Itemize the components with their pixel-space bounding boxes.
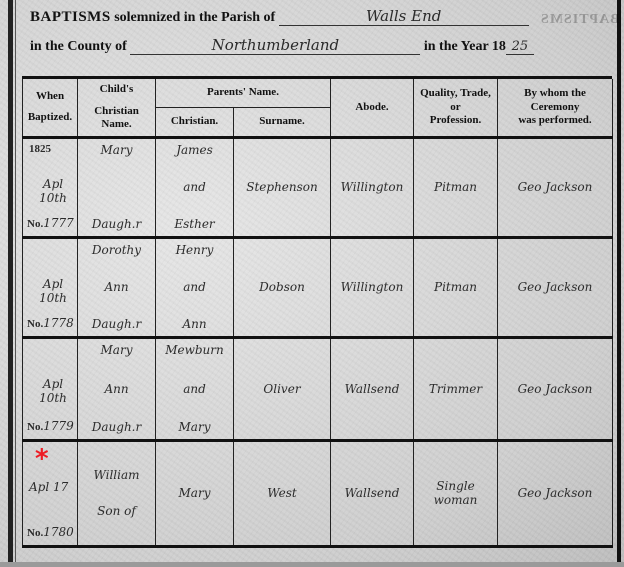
title-baptisms: BAPTISMS	[30, 9, 111, 25]
year-field: 25	[506, 39, 534, 55]
child-name-cell: William Son of	[78, 440, 156, 546]
when-baptized-cell: Apl 10th No.1778	[23, 237, 78, 337]
abode-cell: Willington	[331, 137, 414, 237]
parent-name-line: Henry	[176, 243, 214, 257]
parent-name-line: Mary	[179, 420, 211, 434]
child-name-line: Daugh.r	[92, 217, 141, 231]
surname-cell: Dobson	[234, 237, 331, 337]
asterisk-marker-icon: *	[35, 444, 49, 474]
child-name-line: William	[93, 468, 139, 482]
parent-name-line: Esther	[174, 217, 214, 231]
entry-year: 1825	[29, 143, 51, 155]
parent-name-line: Ann	[182, 317, 206, 331]
child-name-line: Mary	[101, 143, 133, 157]
county-field: Northumberland	[130, 36, 420, 55]
register-entry-marked: * Apl 17 No.1780 William Son of Mary Wes…	[23, 440, 613, 546]
abode-cell: Willington	[331, 237, 414, 337]
col-quality: Quality, Trade, or Profession.	[414, 79, 498, 137]
baptism-date: Apl 10th	[29, 277, 77, 305]
minister-cell: Geo Jackson	[498, 440, 613, 546]
col-by-whom: By whom the Ceremony was performed.	[498, 79, 613, 137]
register-title-line: BAPTISMS solemnized in the Parish of Wal…	[30, 7, 529, 26]
register-entry: Apl 10th No.1779 Mary Ann Daugh.r Mewbur…	[23, 337, 613, 440]
minister-cell: Geo Jackson	[498, 337, 613, 440]
child-name-line: Daugh.r	[92, 420, 141, 434]
col-quality-line1: Quality, Trade,	[414, 87, 497, 100]
profession-cell: Trimmer	[414, 337, 498, 440]
col-by-whom-line3: was performed.	[498, 114, 612, 127]
baptism-date: Apl 17	[29, 480, 68, 494]
child-name-cell: Mary Ann Daugh.r	[78, 337, 156, 440]
parents-christian-cell: Mewburn and Mary	[156, 337, 234, 440]
parish-field: Walls End	[279, 7, 529, 26]
col-parents-name: Parents' Name.	[156, 79, 331, 107]
county-label: in the County of	[30, 39, 127, 54]
page-left-border	[8, 0, 13, 563]
profession-cell: Pitman	[414, 237, 498, 337]
col-parents-surname: Surname.	[234, 107, 331, 137]
entry-number: No.1778	[27, 316, 74, 330]
col-parents-christian: Christian.	[156, 107, 234, 137]
parent-name-line: James	[176, 143, 213, 157]
col-by-whom-line1: By whom the	[498, 87, 612, 100]
col-quality-line2: or	[414, 101, 497, 114]
col-when-line1: When	[23, 90, 77, 103]
col-child-name: Child's Christian Name.	[78, 79, 156, 137]
register-page: BAPTISMS BAPTISMS solemnized in the Pari…	[0, 0, 624, 567]
minister-cell: Geo Jackson	[498, 237, 613, 337]
abode-cell: Wallsend	[331, 337, 414, 440]
child-name-line: Son of	[97, 504, 136, 518]
col-child-line1: Child's	[78, 83, 155, 96]
parent-name-line: and	[183, 382, 206, 396]
col-abode: Abode.	[331, 79, 414, 137]
page-bottom-edge	[0, 562, 624, 567]
title-solemnized: solemnized in the Parish of	[114, 10, 275, 25]
surname-cell: West	[234, 440, 331, 546]
col-child-line2: Christian Name.	[78, 105, 155, 131]
child-name-line: Ann	[104, 280, 128, 294]
col-when-line2: Baptized.	[23, 111, 77, 124]
year-label: in the Year 18	[424, 39, 506, 54]
surname-cell: Stephenson	[234, 137, 331, 237]
col-when-baptized: When Baptized.	[23, 79, 78, 137]
profession-cell: Pitman	[414, 137, 498, 237]
parent-name-line: and	[183, 180, 206, 194]
child-name-line: Daugh.r	[92, 317, 141, 331]
county-line: in the County of Northumberland in the Y…	[30, 36, 534, 55]
child-name-cell: Dorothy Ann Daugh.r	[78, 237, 156, 337]
profession-cell: Single woman	[414, 440, 498, 546]
entry-number: No.1780	[27, 525, 74, 539]
page-right-border	[617, 0, 621, 563]
child-name-line: Mary	[101, 343, 133, 357]
child-name-line: Ann	[104, 382, 128, 396]
minister-cell: Geo Jackson	[498, 137, 613, 237]
bleed-through-text: BAPTISMS	[540, 12, 620, 28]
parent-name-line: Mewburn	[165, 343, 224, 357]
when-baptized-cell: Apl 10th No.1779	[23, 337, 78, 440]
abode-cell: Wallsend	[331, 440, 414, 546]
surname-cell: Oliver	[234, 337, 331, 440]
entry-number: No.1777	[27, 216, 74, 230]
parents-christian-cell: Henry and Ann	[156, 237, 234, 337]
entry-number: No.1779	[27, 419, 74, 433]
register-entry: Apl 10th No.1778 Dorothy Ann Daugh.r Hen…	[23, 237, 613, 337]
child-name-line: Dorothy	[92, 243, 141, 257]
when-baptized-cell: 1825 Apl 10th No.1777	[23, 137, 78, 237]
parents-christian-cell: James and Esther	[156, 137, 234, 237]
parents-christian-cell: Mary	[156, 440, 234, 546]
parent-name-line: and	[183, 280, 206, 294]
col-quality-line3: Profession.	[414, 114, 497, 127]
col-by-whom-line2: Ceremony	[498, 101, 612, 114]
child-name-cell: Mary Daugh.r	[78, 137, 156, 237]
page-left-rule	[15, 0, 16, 563]
baptism-date: Apl 10th	[29, 377, 77, 405]
when-baptized-cell: * Apl 17 No.1780	[23, 440, 78, 546]
register-entry: 1825 Apl 10th No.1777 Mary Daugh.r James…	[23, 137, 613, 237]
baptism-register-table: When Baptized. Child's Christian Name. P…	[22, 79, 613, 548]
baptism-date: Apl 10th	[29, 177, 77, 205]
